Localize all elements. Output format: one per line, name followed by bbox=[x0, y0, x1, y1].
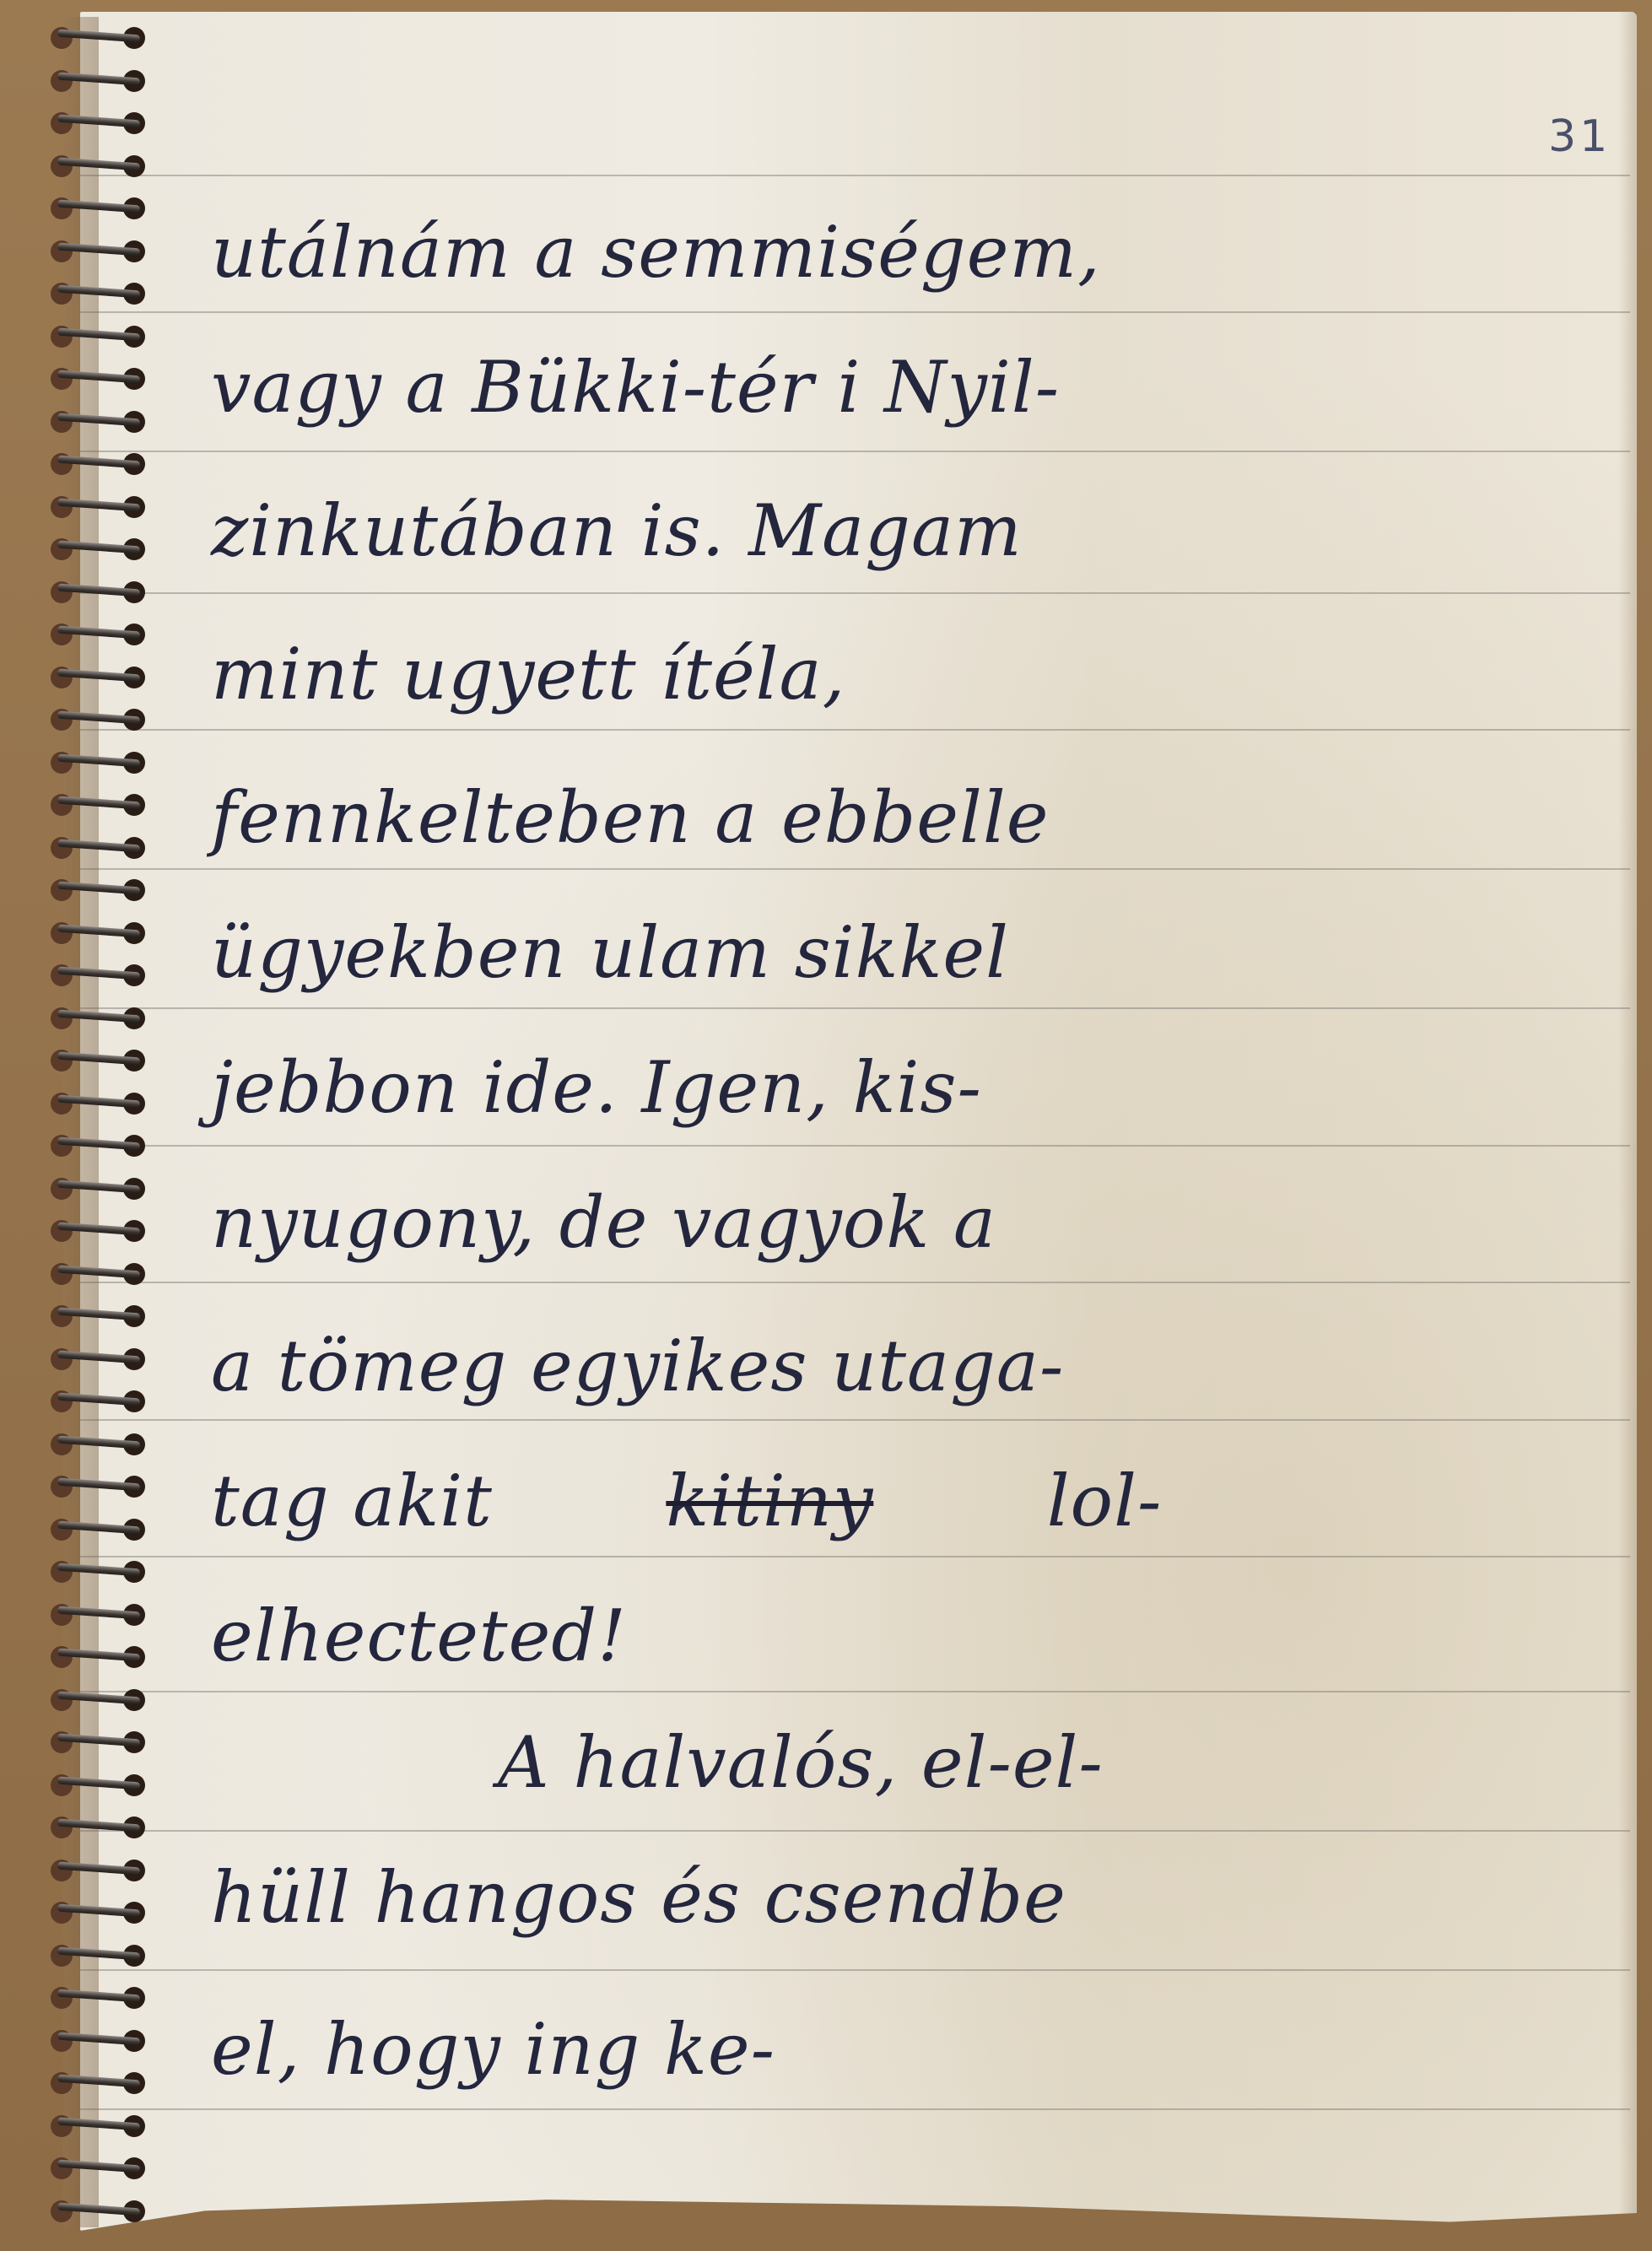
rule-line bbox=[80, 729, 1630, 731]
spiral-coil bbox=[49, 1217, 150, 1242]
spiral-coil bbox=[49, 1728, 150, 1753]
rule-line bbox=[80, 1969, 1630, 1971]
spiral-coil bbox=[49, 364, 150, 390]
spiral-coil bbox=[49, 1984, 150, 2009]
spiral-coil bbox=[49, 2027, 150, 2052]
spiral-coil bbox=[49, 1557, 150, 1583]
spiral-coil bbox=[49, 1941, 150, 1967]
handwritten-line-13: hüll hangos és csendbe bbox=[211, 1856, 1066, 1939]
spiral-coil bbox=[49, 1472, 150, 1498]
spiral-coil bbox=[49, 1813, 150, 1838]
spiral-coil bbox=[49, 961, 150, 986]
spiral-coil bbox=[49, 237, 150, 262]
spiral-coil bbox=[49, 1771, 150, 1796]
spiral-coil bbox=[49, 876, 150, 901]
page-edge-shadow bbox=[1618, 12, 1637, 2231]
spiral-coil bbox=[49, 1898, 150, 1924]
rule-line bbox=[80, 451, 1630, 452]
spiral-binding bbox=[0, 17, 160, 2227]
spiral-coil bbox=[49, 1131, 150, 1157]
handwritten-line-5: fennkelteben a ebbelle bbox=[211, 776, 1049, 859]
spiral-coil bbox=[49, 1515, 150, 1541]
spiral-coil bbox=[49, 1430, 150, 1455]
rule-line bbox=[80, 175, 1630, 176]
spiral-coil bbox=[49, 1686, 150, 1711]
spiral-coil bbox=[49, 535, 150, 560]
rule-line bbox=[80, 2108, 1630, 2110]
spiral-coil bbox=[49, 408, 150, 433]
spiral-coil bbox=[49, 1089, 150, 1115]
handwritten-line-8: nyugony, de vagyok a bbox=[211, 1181, 996, 1264]
spiral-coil bbox=[49, 1601, 150, 1626]
binding-strip bbox=[63, 17, 99, 2227]
spiral-coil bbox=[49, 1302, 150, 1327]
rule-line bbox=[80, 1691, 1630, 1692]
rule-line bbox=[80, 1556, 1630, 1557]
spiral-coil bbox=[49, 1387, 150, 1412]
spiral-coil bbox=[49, 194, 150, 219]
spiral-coil bbox=[49, 663, 150, 688]
desk-background: 31 utálnám a semmiségem, vagy a Bükki-té… bbox=[0, 0, 1652, 2251]
spiral-coil bbox=[49, 493, 150, 518]
spiral-coil bbox=[49, 1174, 150, 1200]
handwritten-line-12: A halvalós, el-el- bbox=[498, 1721, 1104, 1804]
spiral-coil bbox=[49, 2154, 150, 2179]
struck-out-word: kitiny bbox=[666, 1460, 873, 1542]
rule-line bbox=[80, 592, 1630, 594]
spiral-coil bbox=[49, 322, 150, 348]
rule-line bbox=[80, 1282, 1630, 1283]
rule-line bbox=[80, 1145, 1630, 1147]
spiral-coil bbox=[49, 1345, 150, 1370]
spiral-coil bbox=[49, 1260, 150, 1285]
handwritten-line-2: vagy a Bükki-tér i Nyil- bbox=[211, 346, 1060, 429]
spiral-coil bbox=[49, 109, 150, 134]
handwritten-line-3: zinkutában is. Magam bbox=[211, 489, 1023, 572]
handwritten-line-6: ügyekben ulam sikkel bbox=[211, 911, 1009, 994]
spiral-coil bbox=[49, 152, 150, 177]
spiral-coil bbox=[49, 2069, 150, 2094]
line-10-continuation: lol- bbox=[1047, 1460, 1163, 1542]
rule-line bbox=[80, 311, 1630, 313]
spiral-coil bbox=[49, 578, 150, 603]
page-number: 31 bbox=[1548, 111, 1611, 162]
spiral-coil bbox=[49, 450, 150, 475]
spiral-coil bbox=[49, 834, 150, 859]
spiral-coil bbox=[49, 620, 150, 645]
spiral-coil bbox=[49, 1856, 150, 1881]
spiral-coil bbox=[49, 791, 150, 816]
rule-line bbox=[80, 868, 1630, 870]
spiral-coil bbox=[49, 1004, 150, 1029]
handwritten-line-4: mint ugyett ítéla, bbox=[211, 633, 845, 715]
spiral-coil bbox=[49, 705, 150, 731]
rule-line bbox=[80, 1830, 1630, 1832]
handwritten-line-11: elhecteted! bbox=[211, 1595, 627, 1677]
spiral-coil bbox=[49, 2197, 150, 2222]
spiral-coil bbox=[49, 279, 150, 305]
spiral-coil bbox=[49, 919, 150, 944]
spiral-coil bbox=[49, 1046, 150, 1072]
handwritten-line-7: jebbon ide. Igen, kis- bbox=[211, 1046, 982, 1129]
line-10-text: tag akit bbox=[211, 1460, 493, 1542]
handwritten-line-1: utálnám a semmiségem, bbox=[211, 211, 1101, 294]
spiral-coil bbox=[49, 748, 150, 774]
spiral-coil bbox=[49, 2112, 150, 2137]
rule-line bbox=[80, 1007, 1630, 1009]
spiral-coil bbox=[49, 1643, 150, 1668]
rule-line bbox=[80, 1419, 1630, 1421]
handwritten-line-14: el, hogy ing ke- bbox=[211, 2008, 775, 2091]
spiral-coil bbox=[49, 67, 150, 92]
spiral-coil bbox=[49, 24, 150, 49]
handwritten-line-10: tag akit kitiny lol- bbox=[211, 1460, 1162, 1542]
handwritten-line-9: a tömeg egyikes utaga- bbox=[211, 1325, 1064, 1407]
